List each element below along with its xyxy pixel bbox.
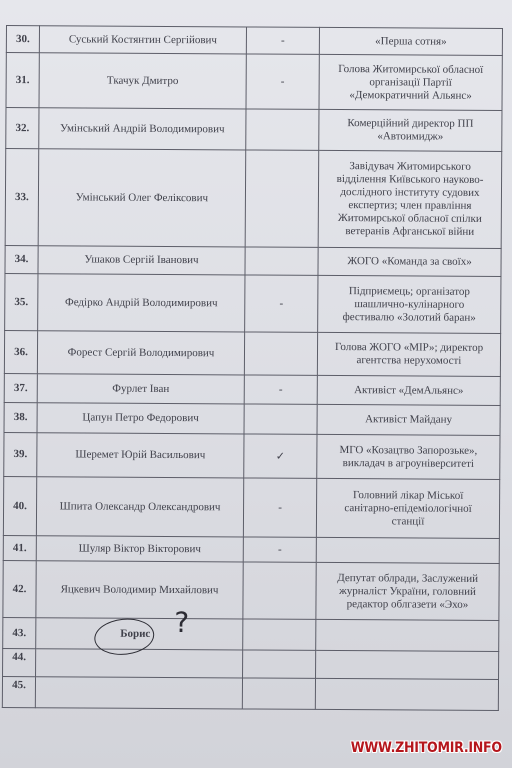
- watermark: WWW.ZHITOMIR.INFO: [351, 740, 502, 756]
- row-number: 45.: [2, 676, 35, 707]
- affiliation: Головний лікар Міськоїсанітарно-епідеміо…: [316, 478, 499, 538]
- affiliation-line: станції: [320, 514, 496, 528]
- affiliation-line: Житомирської обласної спілки: [322, 212, 498, 226]
- person-name: Шуляр Віктор Вікторович: [36, 536, 243, 562]
- affiliation-line: фестивалю «Золотий баран»: [321, 310, 497, 324]
- mark-cell: -: [246, 54, 319, 109]
- person-name: Умінський Олег Феліксович: [38, 149, 246, 247]
- row-number: 33.: [5, 149, 39, 246]
- affiliation: Підприємець; організаторшашлично-кулінар…: [318, 275, 501, 333]
- affiliation: Комерційний директор ПП«Автоимидж»: [319, 109, 502, 151]
- affiliation-line: відділення Київського науково-: [322, 173, 498, 187]
- affiliation-line: Підприємець; організатор: [321, 284, 497, 298]
- candidates-table: 30.Суський Костянтин Сергійович-«Перша с…: [2, 25, 503, 711]
- affiliation-line: МГО «Козацтво Запорозьке»,: [320, 443, 496, 457]
- row-number: 42.: [3, 560, 36, 617]
- table-row: 42.Яцкевич Володимир МихайловичДепутат о…: [3, 560, 499, 620]
- row-number: 34.: [5, 245, 38, 273]
- table-row: 37.Фурлет Іван-Активіст «ДемАльянс»: [4, 373, 500, 405]
- mark-cell: -: [245, 275, 318, 332]
- mark-cell: [242, 678, 315, 709]
- person-name: Шеремет Юрій Васильович: [37, 433, 244, 478]
- affiliation: Депутат облради, Заслуженийжурналіст Укр…: [316, 562, 499, 620]
- affiliation: МГО «Козацтво Запорозьке»,викладач в агр…: [317, 434, 500, 479]
- affiliation: [316, 619, 499, 651]
- mark-cell: [243, 562, 316, 619]
- table-row: 43.Борис?: [3, 617, 499, 651]
- handwritten-annotation: Борис?: [124, 627, 154, 640]
- affiliation-line: агентства нерухомості: [321, 354, 497, 368]
- person-name: Шпита Олександр Олександрович: [36, 477, 243, 537]
- table-row: 45.: [2, 676, 498, 710]
- row-number: 30.: [6, 26, 39, 53]
- person-name: [35, 677, 242, 709]
- check-mark-icon: ✓: [244, 434, 317, 478]
- affiliation: [316, 537, 499, 563]
- table-row: 30.Суський Костянтин Сергійович-«Перша с…: [6, 26, 502, 56]
- row-number: 32.: [6, 108, 39, 149]
- mark-cell: -: [246, 27, 319, 54]
- affiliation-line: Комерційний директор ПП: [322, 117, 498, 131]
- affiliation: ЖОГО «Команда за своїх»: [318, 247, 501, 276]
- person-name: Форест Сергій Володимирович: [37, 331, 244, 375]
- person-name: [36, 649, 243, 678]
- affiliation-line: Депутат облради, Заслужений: [320, 571, 496, 585]
- affiliation-line: Голова Житомирської обласної: [323, 62, 499, 76]
- affiliation-line: викладач в агроуніверситеті: [320, 456, 496, 470]
- affiliation-line: шашлично-кулінарного: [321, 297, 497, 311]
- mark-cell: [244, 332, 317, 375]
- affiliation-line: організації Партії: [323, 75, 499, 89]
- table-row: 39.Шеремет Юрій Васильович✓МГО «Козацтво…: [4, 432, 500, 479]
- affiliation: [316, 650, 499, 679]
- mark-cell: -: [243, 478, 316, 537]
- person-name: Яцкевич Володимир Михайлович: [36, 561, 243, 619]
- affiliation-line: експертиз; член правління: [322, 199, 498, 213]
- row-number: 38.: [4, 402, 37, 432]
- table-row: 40.Шпита Олександр Олександрович-Головни…: [3, 476, 499, 538]
- document-page: 30.Суський Костянтин Сергійович-«Перша с…: [0, 0, 512, 768]
- row-number: 36.: [4, 330, 37, 373]
- person-name: Федірко Андрій Володимирович: [38, 274, 245, 332]
- person-name: Суський Костянтин Сергійович: [39, 26, 246, 54]
- affiliation: [315, 678, 498, 710]
- person-name: Борис?: [36, 618, 243, 650]
- affiliation: Активіст Майдану: [317, 404, 500, 435]
- affiliation: Голова ЖОГО «МІР»; директорагентства нер…: [317, 332, 500, 376]
- affiliation: Активіст «ДемАльянс»: [317, 375, 500, 405]
- table-row: 35.Федірко Андрій Володимирович-Підприєм…: [5, 273, 501, 333]
- row-number: 37.: [4, 373, 37, 402]
- affiliation: «Перша сотня»: [319, 27, 502, 55]
- affiliation-line: Активіст «ДемАльянс»: [321, 383, 497, 397]
- affiliation-line: Головний лікар Міської: [320, 488, 496, 502]
- table-row: 44.: [3, 648, 499, 679]
- table-row: 32.Умінський Андрій ВолодимировичКомерці…: [6, 108, 502, 152]
- table-row: 38.Цапун Петро ФедоровичАктивіст Майдану: [4, 402, 500, 435]
- mark-cell: -: [243, 537, 316, 562]
- affiliation: Завідувач Житомирськоговідділення Київсь…: [318, 150, 502, 248]
- affiliation-line: журналіст України, головний: [320, 584, 496, 598]
- table-row: 31.Ткачук Дмитро-Голова Житомирської обл…: [6, 53, 502, 111]
- circled-name: Борис: [120, 627, 150, 639]
- person-name: Умінський Андрій Володимирович: [39, 108, 246, 150]
- row-number: 40.: [3, 476, 36, 535]
- affiliation-line: Голова ЖОГО «МІР»; директор: [321, 341, 497, 355]
- affiliation-line: «Перша сотня»: [323, 34, 499, 48]
- table-row: 36.Форест Сергій ВолодимировичГолова ЖОГ…: [4, 330, 500, 376]
- row-number: 39.: [4, 432, 37, 476]
- affiliation-line: Завідувач Житомирського: [322, 160, 498, 174]
- affiliation-line: «Автоимидж»: [322, 130, 498, 144]
- row-number: 31.: [6, 53, 39, 108]
- affiliation: Голова Житомирської обласноїорганізації …: [319, 54, 502, 110]
- mark-cell: [246, 109, 319, 150]
- row-number: 35.: [5, 273, 38, 330]
- row-number: 44.: [3, 648, 36, 676]
- handwritten-question-mark: ?: [174, 616, 189, 629]
- person-name: Цапун Петро Федорович: [37, 403, 244, 434]
- affiliation-line: Активіст Майдану: [321, 413, 497, 427]
- person-name: Ткачук Дмитро: [39, 53, 246, 109]
- affiliation-line: дослідного інституту судових: [322, 186, 498, 200]
- person-name: Фурлет Іван: [37, 374, 244, 404]
- mark-cell: [243, 619, 316, 650]
- row-number: 43.: [3, 617, 36, 648]
- table-row: 34.Ушаков Сергій ІвановичЖОГО «Команда з…: [5, 245, 501, 276]
- affiliation-line: «Демократичний Альянс»: [323, 88, 499, 102]
- affiliation-line: ЖОГО «Команда за своїх»: [322, 255, 498, 269]
- person-name: Ушаков Сергій Іванович: [38, 246, 245, 275]
- table-row: 33.Умінський Олег ФеліксовичЗавідувач Жи…: [5, 149, 502, 249]
- affiliation-line: ветеранів Афганської війни: [322, 225, 498, 239]
- mark-cell: [244, 404, 317, 434]
- row-number: 41.: [3, 535, 36, 560]
- affiliation-line: редактор облгазети «Эхо»: [319, 597, 495, 611]
- affiliation-line: санітарно-епідеміологічної: [320, 501, 496, 515]
- mark-cell: -: [244, 375, 317, 404]
- mark-cell: [245, 150, 319, 247]
- mark-cell: [245, 247, 318, 275]
- table-row: 41.Шуляр Віктор Вікторович-: [3, 535, 499, 563]
- mark-cell: [243, 650, 316, 678]
